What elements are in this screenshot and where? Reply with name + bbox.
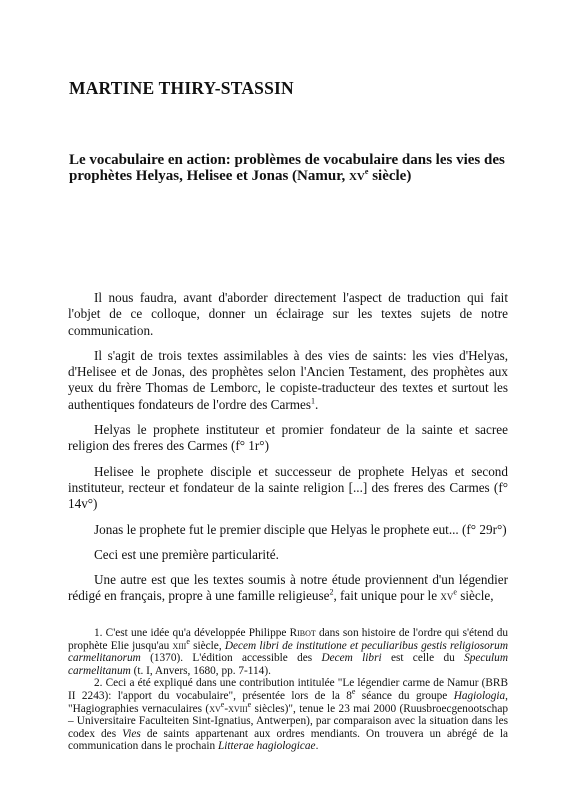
footnote-1: 1. C'est une idée qu'a développée Philip…	[68, 627, 508, 677]
paragraph-texts: Il s'agit de trois textes assimilables à…	[68, 348, 508, 413]
paragraph-legendier: Une autre est que les textes soumis à no…	[68, 572, 508, 605]
paragraph-intro: Il nous faudra, avant d'aborder directem…	[68, 290, 508, 339]
paragraph-particularity: Ceci est une première particularité.	[68, 547, 508, 563]
footnotes: 1. C'est une idée qu'a développée Philip…	[68, 627, 508, 753]
footnote-2: 2. Ceci a été expliqué dans une contribu…	[68, 677, 508, 753]
author-name: MARTINE THIRY-STASSIN	[69, 78, 294, 99]
article-title: Le vocabulaire en action: problèmes de v…	[69, 152, 509, 184]
body-text: Il nous faudra, avant d'aborder directem…	[68, 290, 508, 614]
quote-helisee: Helisee le prophete disciple et successe…	[68, 464, 508, 513]
quote-helyas: Helyas le prophete instituteur et promie…	[68, 422, 508, 455]
quote-jonas: Jonas le prophete fut le premier discipl…	[68, 522, 508, 538]
